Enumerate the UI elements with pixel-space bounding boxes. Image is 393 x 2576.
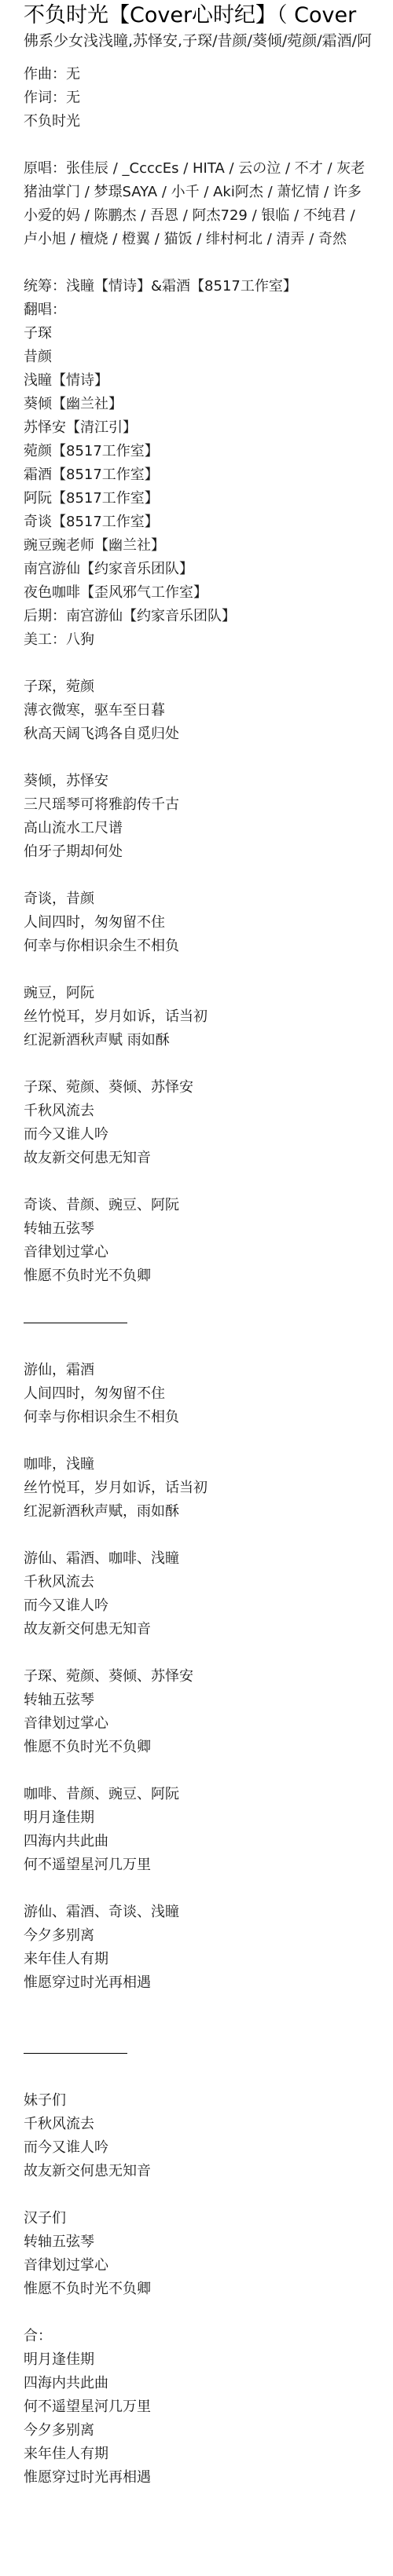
lyric-line: 丝竹悦耳，岁月如诉，话当初 — [24, 1476, 393, 1500]
blank-line — [24, 1429, 393, 1453]
section-divider-row — [24, 1312, 393, 1335]
lyric-line: 子琛 — [24, 322, 393, 346]
lyric-line: 苏怿安【清江引】 — [24, 416, 393, 440]
lyric-line: 四海内共此曲 — [24, 1830, 393, 1853]
lyric-line: 而今又谁人吟 — [24, 2136, 393, 2160]
blank-line — [24, 2183, 393, 2207]
lyric-line: 惟愿穿过时光再相遇 — [24, 2466, 393, 2490]
lyric-line: 葵倾【幽兰社】 — [24, 393, 393, 416]
blank-line — [24, 2066, 393, 2089]
lyric-line: 菀颜【8517工作室】 — [24, 440, 393, 463]
lyric-line: 四海内共此曲 — [24, 2372, 393, 2395]
lyric-line: 来年佳人有期 — [24, 2442, 393, 2466]
lyric-line: 子琛、菀颜、葵倾、苏怿安 — [24, 1665, 393, 1689]
lyric-line: 游仙、霜酒、奇谈、浅瞳 — [24, 1901, 393, 1924]
lyric-line: 三尺瑶琴可将雅韵传千古 — [24, 793, 393, 817]
lyric-line: 统筹：浅瞳【情诗】&霜酒【8517工作室】 — [24, 275, 393, 298]
lyric-line: 不负时光 — [24, 110, 393, 134]
lyric-line: 咖啡，浅瞳 — [24, 1453, 393, 1476]
lyric-line: 故友新交何患无知音 — [24, 1147, 393, 1170]
blank-line — [24, 652, 393, 675]
lyrics-body: 作曲：无作词：无不负时光原唱：张佳辰 / _CcccEs / HITA / 云の… — [24, 63, 393, 2490]
lyric-line: 惟愿不负时光不负卿 — [24, 2278, 393, 2301]
lyric-line: 音律划过掌心 — [24, 2254, 393, 2278]
blank-line — [24, 1524, 393, 1547]
blank-line — [24, 958, 393, 982]
lyric-line: 游仙，霜酒 — [24, 1359, 393, 1382]
lyric-line: 何幸与你相识余生不相负 — [24, 1406, 393, 1429]
blank-line — [24, 1759, 393, 1783]
lyric-line: 惟愿穿过时光再相遇 — [24, 1971, 393, 1995]
blank-line — [24, 134, 393, 157]
lyric-line: 昔颜 — [24, 346, 393, 369]
blank-line — [24, 1995, 393, 2018]
lyric-line: 合： — [24, 2325, 393, 2348]
lyric-line: 妹子们 — [24, 2089, 393, 2113]
lyric-line: 猪油掌门 / 梦璟SAYA / 小千 / Aki阿杰 / 萧忆情 / 许多 — [24, 181, 393, 204]
lyric-line: 后期：南宫游仙【约家音乐团队】 — [24, 605, 393, 628]
lyric-line: 秋高天阔飞鸿各自觅归处 — [24, 723, 393, 746]
lyric-line: 汉子们 — [24, 2207, 393, 2230]
lyric-line: 故友新交何患无知音 — [24, 1618, 393, 1641]
song-title: 不负时光【Cover心时纪】（ Cover — [24, 2, 393, 30]
lyric-line: 霜酒【8517工作室】 — [24, 463, 393, 487]
lyric-line: 原唱：张佳辰 / _CcccEs / HITA / 云の泣 / 不才 / 灰老 — [24, 157, 393, 181]
lyric-line: 小爱的妈 / 陈鹏杰 / 吾恩 / 阿杰729 / 银临 / 不纯君 / — [24, 204, 393, 228]
section-divider-row — [24, 2042, 393, 2066]
lyric-line: 夜色咖啡【歪风邪气工作室】 — [24, 581, 393, 605]
lyric-line: 作词：无 — [24, 86, 393, 110]
lyric-line: 而今又谁人吟 — [24, 1123, 393, 1147]
artist-line: 佛系少女浅浅瞳,苏怿安,子琛/昔颜/葵倾/菀颜/霜酒/阿 — [24, 30, 393, 52]
lyric-line: 何幸与你相识余生不相负 — [24, 935, 393, 958]
lyric-line: 卢小旭 / 檀烧 / 橙翼 / 猫饭 / 绯村柯北 / 清弄 / 奇然 — [24, 228, 393, 251]
lyric-line: 翻唱： — [24, 298, 393, 322]
lyric-line: 何不遥望星河几万里 — [24, 1853, 393, 1877]
lyric-line: 子琛、菀颜、葵倾、苏怿安 — [24, 1076, 393, 1100]
lyric-line: 丝竹悦耳，岁月如诉，话当初 — [24, 1005, 393, 1029]
lyric-line: 奇谈，昔颜 — [24, 887, 393, 911]
lyric-line: 豌豆豌老师【幽兰社】 — [24, 534, 393, 558]
section-divider — [24, 2053, 127, 2054]
lyric-line: 伯牙子期却何处 — [24, 840, 393, 864]
blank-line — [24, 1335, 393, 1359]
lyric-line: 葵倾，苏怿安 — [24, 770, 393, 793]
lyric-line: 明月逢佳期 — [24, 1806, 393, 1830]
blank-line — [24, 1170, 393, 1194]
lyric-line: 游仙、霜酒、咖啡、浅瞳 — [24, 1547, 393, 1571]
lyric-line: 作曲：无 — [24, 63, 393, 86]
lyric-line: 子琛，菀颜 — [24, 675, 393, 699]
lyric-line: 音律划过掌心 — [24, 1712, 393, 1736]
lyric-line: 奇谈【8517工作室】 — [24, 510, 393, 534]
blank-line — [24, 1052, 393, 1076]
lyric-line: 红泥新酒秋声赋 雨如酥 — [24, 1029, 393, 1052]
lyric-line: 人间四时，匆匆留不住 — [24, 1382, 393, 1406]
lyric-line: 今夕多别离 — [24, 2419, 393, 2442]
lyric-line: 千秋风流去 — [24, 1571, 393, 1594]
lyric-line: 惟愿不负时光不负卿 — [24, 1736, 393, 1759]
lyric-line: 红泥新酒秋声赋，雨如酥 — [24, 1500, 393, 1524]
lyric-line: 咖啡、昔颜、豌豆、阿阮 — [24, 1783, 393, 1806]
lyric-line: 人间四时，匆匆留不住 — [24, 911, 393, 935]
lyric-line: 阿阮【8517工作室】 — [24, 487, 393, 510]
blank-line — [24, 251, 393, 275]
lyric-line: 转轴五弦琴 — [24, 1689, 393, 1712]
section-divider — [24, 1323, 127, 1323]
lyrics-page: 不负时光【Cover心时纪】（ Cover 佛系少女浅浅瞳,苏怿安,子琛/昔颜/… — [24, 0, 393, 2490]
blank-line — [24, 864, 393, 887]
lyric-line: 薄衣微寒，驱车至日暮 — [24, 699, 393, 723]
lyric-line: 高山流水工尺谱 — [24, 817, 393, 840]
lyric-line: 美工：八狗 — [24, 628, 393, 652]
blank-line — [24, 2301, 393, 2325]
lyric-line: 南宫游仙【约家音乐团队】 — [24, 558, 393, 581]
lyric-line: 转轴五弦琴 — [24, 1217, 393, 1241]
lyric-line: 惟愿不负时光不负卿 — [24, 1264, 393, 1288]
lyric-line: 千秋风流去 — [24, 1100, 393, 1123]
lyric-line: 今夕多别离 — [24, 1924, 393, 1948]
blank-line — [24, 1641, 393, 1665]
lyric-line: 浅瞳【情诗】 — [24, 369, 393, 393]
blank-line — [24, 1288, 393, 1312]
blank-line — [24, 746, 393, 770]
lyric-line: 而今又谁人吟 — [24, 1594, 393, 1618]
lyric-line: 故友新交何患无知音 — [24, 2160, 393, 2183]
lyric-line: 何不遥望星河几万里 — [24, 2395, 393, 2419]
lyric-line: 豌豆，阿阮 — [24, 982, 393, 1005]
lyric-line: 音律划过掌心 — [24, 1241, 393, 1264]
blank-line — [24, 1877, 393, 1901]
blank-line — [24, 2018, 393, 2042]
lyric-line: 转轴五弦琴 — [24, 2230, 393, 2254]
lyric-line: 千秋风流去 — [24, 2113, 393, 2136]
lyric-line: 来年佳人有期 — [24, 1948, 393, 1971]
lyric-line: 明月逢佳期 — [24, 2348, 393, 2372]
lyric-line: 奇谈、昔颜、豌豆、阿阮 — [24, 1194, 393, 1217]
